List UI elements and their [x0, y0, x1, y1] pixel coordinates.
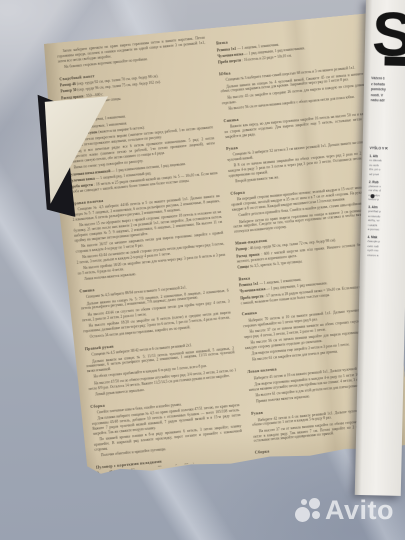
side-intro-line: našu adr — [371, 99, 405, 106]
side-masthead-bar — [384, 56, 405, 66]
side-list-fragment: od prvé — [369, 172, 405, 177]
side-intro-text: Vážení čz bohatopomôckynosti. Vnašu adr — [371, 76, 405, 105]
staple-dot — [370, 194, 374, 198]
avito-logo-icon — [295, 498, 321, 524]
magazine-page: Затем наберите крючком по краю выреза го… — [42, 13, 405, 478]
page-text: Затем наберите крючком по краю выреза го… — [57, 21, 404, 473]
side-list-item: 4. Makčasopis pcelú rodivych movzorov a — [367, 235, 405, 258]
side-list-item: 1. Albro dámskzo strihčís. pri ood prvé — [369, 154, 405, 177]
side-list-fragment: textov p — [368, 197, 405, 202]
photo-scene: Затем наберите крючком по краю выреза го… — [0, 0, 405, 540]
side-list-item: 2. Rubpletené vna vlnu dmodelovtextov p — [368, 180, 405, 203]
side-contents-list: 1. Albro dámskzo strihčís. pri ood prvé2… — [367, 154, 405, 261]
side-list-heading: VYŠLO V R — [370, 146, 388, 150]
side-list-fragment: a pomoc — [368, 227, 405, 232]
avito-watermark-label: Avito — [325, 495, 394, 526]
side-list-fragment: vzorov a — [367, 253, 405, 258]
side-list-item: 3. Almprehľad pa návodostrihy, vzi ukážk… — [368, 205, 405, 232]
avito-watermark: Avito — [295, 495, 394, 526]
